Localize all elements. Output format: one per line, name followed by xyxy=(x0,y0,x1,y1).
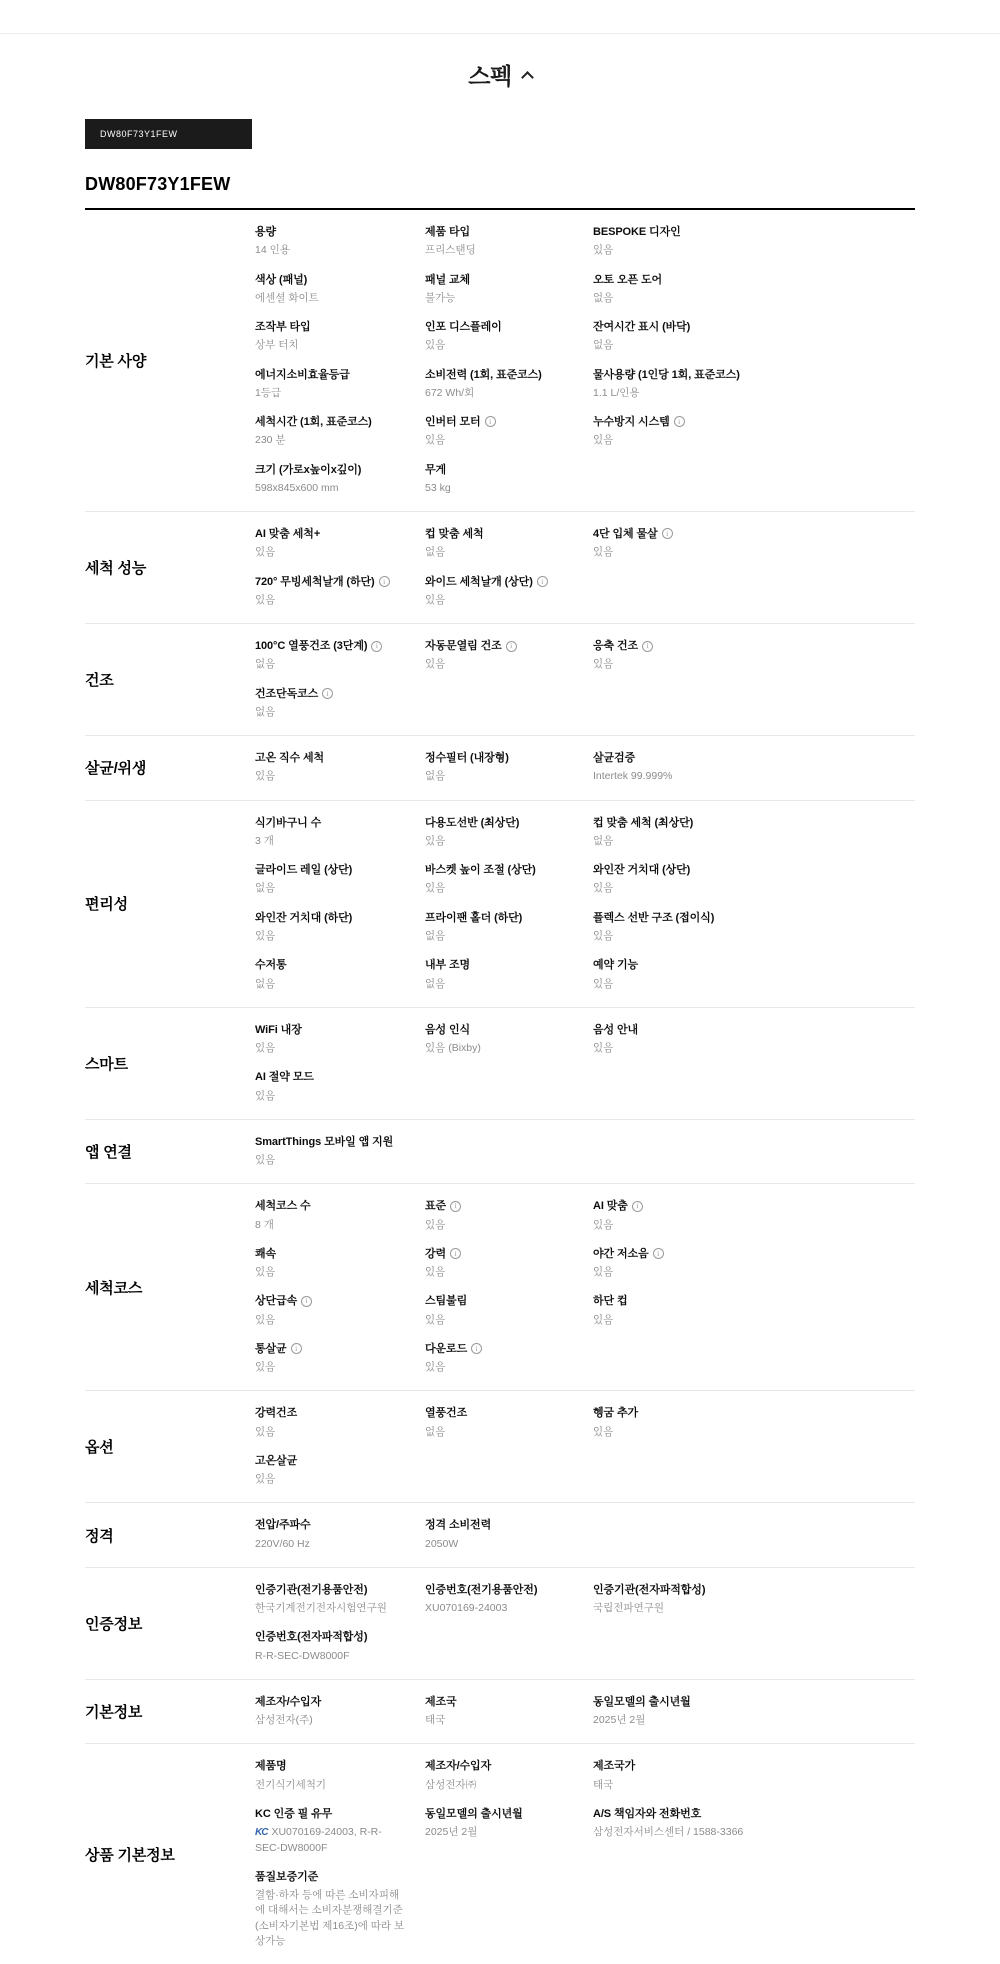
section-title: 기본 사양 xyxy=(85,218,255,503)
spec-label: 제조자/수입자 xyxy=(255,1695,405,1709)
section-body: 세척코스 수8 개표준i있음AI 맞춤i있음쾌속있음강력i있음야간 저소음i있음… xyxy=(255,1192,915,1382)
spec-item: 표준i있음 xyxy=(425,1192,593,1240)
spec-label: 인버터 모터i xyxy=(425,415,573,429)
spec-item: 컵 맞춤 세척없음 xyxy=(425,520,593,568)
spec-label: BESPOKE 디자인 xyxy=(593,225,895,239)
spec-row: 색상 (패널)에센셜 화이트패널 교체불가능오토 오픈 도어없음 xyxy=(255,266,915,314)
spec-value: 있음 xyxy=(593,1218,895,1233)
spec-value: 있음 xyxy=(593,1041,895,1056)
spec-section: 살균/위생고온 직수 세척있음정수필터 (내장형)없음살균검증Intertek … xyxy=(85,736,915,801)
spec-collapse-toggle[interactable]: 스펙 xyxy=(468,58,531,91)
spec-item: 품질보증기준결함·하자 등에 따른 소비자피해에 대해서는 소비자분쟁해결기준(… xyxy=(255,1863,425,1956)
spec-label: 내부 조명 xyxy=(425,958,573,972)
spec-item: 다운로드i있음 xyxy=(425,1335,593,1383)
spec-label: 품질보증기준 xyxy=(255,1870,405,1884)
info-icon[interactable]: i xyxy=(662,528,673,539)
spec-label: 음성 안내 xyxy=(593,1023,895,1037)
spec-item: KC 인증 필 유무KCXU070169-24003, R-R-SEC-DW80… xyxy=(255,1800,425,1863)
spec-label: AI 맞춤i xyxy=(593,1199,895,1213)
spec-label: 글라이드 레일 (상단) xyxy=(255,863,405,877)
spec-value: 있음 xyxy=(425,433,573,448)
spec-label: 제품명 xyxy=(255,1759,405,1773)
spec-item: 야간 저소음i있음 xyxy=(593,1240,915,1288)
spec-value: 있음 xyxy=(255,1425,405,1440)
spec-value: 14 인용 xyxy=(255,243,405,258)
spec-item: 강력건조있음 xyxy=(255,1399,425,1447)
spec-row: 전압/주파수220V/60 Hz정격 소비전력2050W xyxy=(255,1511,915,1559)
spec-label: 수저통 xyxy=(255,958,405,972)
spec-label: 플렉스 선반 구조 (접이식) xyxy=(593,911,895,925)
spec-item: 4단 입체 물살i있음 xyxy=(593,520,915,568)
spec-item: 프라이팬 홀더 (하단)없음 xyxy=(425,904,593,952)
spec-value: 있음 xyxy=(255,769,405,784)
spec-item: 음성 인식있음 (Bixby) xyxy=(425,1016,593,1064)
spec-section: 스마트WiFi 내장있음음성 인식있음 (Bixby)음성 안내있음AI 절약 … xyxy=(85,1008,915,1120)
spec-value: 없음 xyxy=(593,834,895,849)
section-body: 식기바구니 수3 개다용도선반 (최상단)있음컵 맞춤 세척 (최상단)없음글라… xyxy=(255,809,915,999)
spec-value: 2050W xyxy=(425,1537,573,1552)
spec-value: 없음 xyxy=(255,977,405,992)
spec-item: 건조단독코스i없음 xyxy=(255,680,425,728)
spec-section: 정격전압/주파수220V/60 Hz정격 소비전력2050W xyxy=(85,1503,915,1568)
spec-value: 있음 xyxy=(255,929,405,944)
spec-row: 와인잔 거치대 (하단)있음프라이팬 홀더 (하단)없음플렉스 선반 구조 (접… xyxy=(255,904,915,952)
info-icon[interactable]: i xyxy=(450,1248,461,1259)
spec-label: 동일모델의 출시년월 xyxy=(593,1695,895,1709)
spec-value: 있음 xyxy=(425,338,573,353)
spec-item: 하단 컵있음 xyxy=(593,1287,915,1335)
spec-value: 있음 xyxy=(425,657,573,672)
spec-row: AI 절약 모드있음 xyxy=(255,1063,915,1111)
spec-value: 있음 xyxy=(425,834,573,849)
section-body: 고온 직수 세척있음정수필터 (내장형)없음살균검증Intertek 99.99… xyxy=(255,744,915,792)
spec-label: 스팀불림 xyxy=(425,1294,573,1308)
spec-item: 무게53 kg xyxy=(425,456,593,504)
spec-label: 쾌속 xyxy=(255,1247,405,1261)
spec-value: 220V/60 Hz xyxy=(255,1537,405,1552)
spec-value: 있음 xyxy=(593,977,895,992)
spec-row: 세척코스 수8 개표준i있음AI 맞춤i있음 xyxy=(255,1192,915,1240)
spec-value: 있음 xyxy=(593,657,895,672)
spec-value: 있음 xyxy=(255,1265,405,1280)
spec-item: 인포 디스플레이있음 xyxy=(425,313,593,361)
section-title: 기본정보 xyxy=(85,1688,255,1736)
spec-item: 제품 타입프리스탠딩 xyxy=(425,218,593,266)
spec-label: WiFi 내장 xyxy=(255,1023,405,1037)
spec-value: 없음 xyxy=(425,929,573,944)
spec-section: 상품 기본정보제품명전기식기세척기제조자/수입자삼성전자㈜제조국가태국KC 인증… xyxy=(85,1744,915,1964)
spec-section: 세척코스세척코스 수8 개표준i있음AI 맞춤i있음쾌속있음강력i있음야간 저소… xyxy=(85,1184,915,1391)
spec-item: AI 맞춤i있음 xyxy=(593,1192,915,1240)
spec-item: 색상 (패널)에센셜 화이트 xyxy=(255,266,425,314)
spec-value: 있음 xyxy=(593,433,895,448)
section-title: 스마트 xyxy=(85,1016,255,1111)
spec-item: 예약 기능있음 xyxy=(593,951,915,999)
spec-label: 용량 xyxy=(255,225,405,239)
spec-value: 국립전파연구원 xyxy=(593,1601,895,1616)
spec-item: 720° 무빙세척날개 (하단)i있음 xyxy=(255,568,425,616)
spec-row: 쾌속있음강력i있음야간 저소음i있음 xyxy=(255,1240,915,1288)
section-title: 세척코스 xyxy=(85,1192,255,1382)
info-icon[interactable]: i xyxy=(371,641,382,652)
spec-row: 720° 무빙세척날개 (하단)i있음와이드 세척날개 (상단)i있음 xyxy=(255,568,915,616)
spec-value: 있음 xyxy=(255,1041,405,1056)
spec-value: 있음 xyxy=(593,243,895,258)
spec-row: 품질보증기준결함·하자 등에 따른 소비자피해에 대해서는 소비자분쟁해결기준(… xyxy=(255,1863,915,1956)
spec-value: 없음 xyxy=(593,338,895,353)
spec-label: 식기바구니 수 xyxy=(255,816,405,830)
info-icon[interactable]: i xyxy=(322,688,333,699)
spec-label: KC 인증 필 유무 xyxy=(255,1807,405,1821)
spec-value: 있음 xyxy=(425,1360,573,1375)
spec-item: 제품명전기식기세척기 xyxy=(255,1752,425,1800)
spec-value: 있음 xyxy=(425,881,573,896)
spec-label: 응축 건조i xyxy=(593,639,895,653)
section-title: 옵션 xyxy=(85,1399,255,1494)
spec-label: 와이드 세척날개 (상단)i xyxy=(425,575,573,589)
spec-label: 소비전력 (1회, 표준코스) xyxy=(425,368,573,382)
spec-item: 컵 맞춤 세척 (최상단)없음 xyxy=(593,809,915,857)
spec-row: 조작부 타입상부 터치인포 디스플레이있음잔여시간 표시 (바닥)없음 xyxy=(255,313,915,361)
spec-item: 와인잔 거치대 (하단)있음 xyxy=(255,904,425,952)
info-icon[interactable]: i xyxy=(450,1201,461,1212)
spec-value: 없음 xyxy=(425,1425,573,1440)
section-body: 용량14 인용제품 타입프리스탠딩BESPOKE 디자인있음색상 (패널)에센셜… xyxy=(255,218,915,503)
spec-label: 정수필터 (내장형) xyxy=(425,751,573,765)
spec-item: 패널 교체불가능 xyxy=(425,266,593,314)
spec-label: 바스켓 높이 조절 (상단) xyxy=(425,863,573,877)
spec-item: 살균검증Intertek 99.999% xyxy=(593,744,915,792)
spec-value: 상부 터치 xyxy=(255,338,405,353)
spec-item: 100°C 열풍건조 (3단계)i없음 xyxy=(255,632,425,680)
spec-value: 있음 xyxy=(593,1265,895,1280)
spec-label: 강력i xyxy=(425,1247,573,1261)
section-body: WiFi 내장있음음성 인식있음 (Bixby)음성 안내있음AI 절약 모드있… xyxy=(255,1016,915,1111)
spec-section: 편리성식기바구니 수3 개다용도선반 (최상단)있음컵 맞춤 세척 (최상단)없… xyxy=(85,801,915,1008)
spec-label: 인증기관(전자파적합성) xyxy=(593,1583,895,1597)
kc-certification-icon: KC xyxy=(255,1827,267,1838)
spec-value: R-R-SEC-DW8000F xyxy=(255,1649,405,1664)
spec-value: 결함·하자 등에 따른 소비자피해에 대해서는 소비자분쟁해결기준(소비자기본법… xyxy=(255,1888,405,1949)
spec-item: 세척시간 (1회, 표준코스)230 분 xyxy=(255,408,425,456)
spec-item: 강력i있음 xyxy=(425,1240,593,1288)
spec-item: 정수필터 (내장형)없음 xyxy=(425,744,593,792)
info-icon[interactable]: i xyxy=(674,416,685,427)
spec-row: 건조단독코스i없음 xyxy=(255,680,915,728)
spec-item: 응축 건조i있음 xyxy=(593,632,915,680)
info-icon[interactable]: i xyxy=(537,576,548,587)
spec-label: 다용도선반 (최상단) xyxy=(425,816,573,830)
spec-label: 프라이팬 홀더 (하단) xyxy=(425,911,573,925)
info-icon[interactable]: i xyxy=(653,1248,664,1259)
spec-value: 있음 xyxy=(255,1472,405,1487)
spec-item: 동일모델의 출시년월2025년 2월 xyxy=(425,1800,593,1863)
spec-label: 세척시간 (1회, 표준코스) xyxy=(255,415,405,429)
model-tab[interactable]: DW80F73Y1FEW xyxy=(85,119,252,149)
spec-item: 동일모델의 출시년월2025년 2월 xyxy=(593,1688,915,1736)
spec-label: 잔여시간 표시 (바닥) xyxy=(593,320,895,334)
spec-item: 제조국가태국 xyxy=(593,1752,915,1800)
spec-item: 자동문열림 건조i있음 xyxy=(425,632,593,680)
info-icon[interactable]: i xyxy=(291,1343,302,1354)
spec-label: 표준i xyxy=(425,1199,573,1213)
spec-value: 598x845x600 mm xyxy=(255,481,405,496)
spec-item: 스팀불림있음 xyxy=(425,1287,593,1335)
spec-row: SmartThings 모바일 앱 지원있음 xyxy=(255,1128,915,1176)
spec-value: 삼성전자서비스센터 / 1588-3366 xyxy=(593,1825,895,1840)
spec-value: KCXU070169-24003, R-R-SEC-DW8000F xyxy=(255,1825,405,1856)
spec-label: A/S 책임자와 전화번호 xyxy=(593,1807,895,1821)
spec-value: 1.1 L/인용 xyxy=(593,386,895,401)
spec-label: 누수방지 시스템i xyxy=(593,415,895,429)
section-title: 상품 기본정보 xyxy=(85,1752,255,1956)
spec-value: 없음 xyxy=(425,545,573,560)
spec-item: 인증기관(전자파적합성)국립전파연구원 xyxy=(593,1576,915,1624)
info-icon[interactable]: i xyxy=(642,641,653,652)
spec-label: 색상 (패널) xyxy=(255,273,405,287)
spec-item: 쾌속있음 xyxy=(255,1240,425,1288)
spec-section: 기본 사양용량14 인용제품 타입프리스탠딩BESPOKE 디자인있음색상 (패… xyxy=(85,210,915,512)
info-icon[interactable]: i xyxy=(485,416,496,427)
spec-value: 있음 xyxy=(255,1313,405,1328)
spec-label: 컵 맞춤 세척 (최상단) xyxy=(593,816,895,830)
spec-item: BESPOKE 디자인있음 xyxy=(593,218,915,266)
spec-item: 에너지소비효율등급1등급 xyxy=(255,361,425,409)
spec-label: 인포 디스플레이 xyxy=(425,320,573,334)
spec-label: 인증기관(전기용품안전) xyxy=(255,1583,405,1597)
section-title: 살균/위생 xyxy=(85,744,255,792)
spec-row: 고온살균있음 xyxy=(255,1447,915,1495)
page-title: 스펙 xyxy=(468,58,511,91)
spec-value: 없음 xyxy=(255,705,405,720)
spec-value: 있음 xyxy=(593,545,895,560)
spec-row: 인증기관(전기용품안전)한국기계전기전자시험연구원인증번호(전기용품안전)XU0… xyxy=(255,1576,915,1624)
spec-label: 오토 오픈 도어 xyxy=(593,273,895,287)
spec-value: 불가능 xyxy=(425,291,573,306)
spec-value: 있음 xyxy=(255,1153,405,1168)
section-title: 앱 연결 xyxy=(85,1128,255,1176)
section-title: 세척 성능 xyxy=(85,520,255,615)
spec-row: 세척시간 (1회, 표준코스)230 분인버터 모터i있음누수방지 시스템i있음 xyxy=(255,408,915,456)
spec-item: 음성 안내있음 xyxy=(593,1016,915,1064)
spec-value: 있음 xyxy=(255,545,405,560)
spec-header: 스펙 xyxy=(0,34,1000,119)
spec-item: 인증번호(전기용품안전)XU070169-24003 xyxy=(425,1576,593,1624)
spec-label: 건조단독코스i xyxy=(255,687,405,701)
spec-container: DW80F73Y1FEW DW80F73Y1FEW 기본 사양용량14 인용제품… xyxy=(85,119,915,1964)
spec-label: 동일모델의 출시년월 xyxy=(425,1807,573,1821)
spec-label: 제품 타입 xyxy=(425,225,573,239)
spec-label: AI 맞춤 세척+ xyxy=(255,527,405,541)
spec-value: Intertek 99.999% xyxy=(593,769,895,784)
spec-item: 글라이드 레일 (상단)없음 xyxy=(255,856,425,904)
spec-label: 제조국가 xyxy=(593,1759,895,1773)
spec-value: 없음 xyxy=(425,977,573,992)
section-title: 편리성 xyxy=(85,809,255,999)
spec-item: 정격 소비전력2050W xyxy=(425,1511,593,1559)
spec-item: 상단급속i있음 xyxy=(255,1287,425,1335)
spec-section: 인증정보인증기관(전기용품안전)한국기계전기전자시험연구원인증번호(전기용품안전… xyxy=(85,1568,915,1680)
spec-value: 있음 (Bixby) xyxy=(425,1041,573,1056)
spec-row: 상단급속i있음스팀불림있음하단 컵있음 xyxy=(255,1287,915,1335)
spec-item: 플렉스 선반 구조 (접이식)있음 xyxy=(593,904,915,952)
spec-item: 소비전력 (1회, 표준코스)672 Wh/회 xyxy=(425,361,593,409)
info-icon[interactable]: i xyxy=(506,641,517,652)
spec-row: 크기 (가로x높이x깊이)598x845x600 mm무게53 kg xyxy=(255,456,915,504)
spec-label: 고온 직수 세척 xyxy=(255,751,405,765)
spec-table: 기본 사양용량14 인용제품 타입프리스탠딩BESPOKE 디자인있음색상 (패… xyxy=(85,208,915,1964)
spec-row: 에너지소비효율등급1등급소비전력 (1회, 표준코스)672 Wh/회물사용량 … xyxy=(255,361,915,409)
spec-row: 인증번호(전자파적합성)R-R-SEC-DW8000F xyxy=(255,1623,915,1671)
spec-value: 삼성전자(주) xyxy=(255,1713,405,1728)
spec-label: 강력건조 xyxy=(255,1406,405,1420)
spec-item: 내부 조명없음 xyxy=(425,951,593,999)
spec-row: KC 인증 필 유무KCXU070169-24003, R-R-SEC-DW80… xyxy=(255,1800,915,1863)
spec-label: 헹굼 추가 xyxy=(593,1406,895,1420)
spec-label: 예약 기능 xyxy=(593,958,895,972)
spec-label: 살균검증 xyxy=(593,751,895,765)
spec-item: WiFi 내장있음 xyxy=(255,1016,425,1064)
spec-value: 있음 xyxy=(255,1360,405,1375)
spec-item: 용량14 인용 xyxy=(255,218,425,266)
spec-label: 제조국 xyxy=(425,1695,573,1709)
spec-section: 건조100°C 열풍건조 (3단계)i없음자동문열림 건조i있음응축 건조i있음… xyxy=(85,624,915,736)
spec-item: 세척코스 수8 개 xyxy=(255,1192,425,1240)
section-title: 인증정보 xyxy=(85,1576,255,1671)
spec-value: 없음 xyxy=(255,657,405,672)
spec-value: 에센셜 화이트 xyxy=(255,291,405,306)
spec-item: 누수방지 시스템i있음 xyxy=(593,408,915,456)
spec-section: 세척 성능AI 맞춤 세척+있음컵 맞춤 세척없음4단 입체 물살i있음720°… xyxy=(85,512,915,624)
spec-value: 삼성전자㈜ xyxy=(425,1778,573,1793)
spec-item: 오토 오픈 도어없음 xyxy=(593,266,915,314)
spec-item: AI 맞춤 세척+있음 xyxy=(255,520,425,568)
spec-value: 있음 xyxy=(255,1089,405,1104)
spec-label: 인증번호(전자파적합성) xyxy=(255,1630,405,1644)
spec-item: 제조자/수입자삼성전자(주) xyxy=(255,1688,425,1736)
spec-label: 와인잔 거치대 (상단) xyxy=(593,863,895,877)
info-icon[interactable]: i xyxy=(632,1201,643,1212)
spec-value: 전기식기세척기 xyxy=(255,1778,405,1793)
spec-label: 컵 맞춤 세척 xyxy=(425,527,573,541)
spec-item: 수저통없음 xyxy=(255,951,425,999)
spec-row: 식기바구니 수3 개다용도선반 (최상단)있음컵 맞춤 세척 (최상단)없음 xyxy=(255,809,915,857)
spec-value: 태국 xyxy=(593,1778,895,1793)
spec-value: 없음 xyxy=(425,769,573,784)
section-title: 건조 xyxy=(85,632,255,727)
spec-item: A/S 책임자와 전화번호삼성전자서비스센터 / 1588-3366 xyxy=(593,1800,915,1863)
spec-value: 있음 xyxy=(255,593,405,608)
spec-label: AI 절약 모드 xyxy=(255,1070,405,1084)
spec-row: 글라이드 레일 (상단)없음바스켓 높이 조절 (상단)있음와인잔 거치대 (상… xyxy=(255,856,915,904)
section-body: 제품명전기식기세척기제조자/수입자삼성전자㈜제조국가태국KC 인증 필 유무KC… xyxy=(255,1752,915,1956)
spec-item: 전압/주파수220V/60 Hz xyxy=(255,1511,425,1559)
spec-item: SmartThings 모바일 앱 지원있음 xyxy=(255,1128,425,1176)
spec-item: 열풍건조없음 xyxy=(425,1399,593,1447)
info-icon[interactable]: i xyxy=(379,576,390,587)
spec-label: 전압/주파수 xyxy=(255,1518,405,1532)
spec-label: 고온살균 xyxy=(255,1454,405,1468)
spec-value: 있음 xyxy=(593,929,895,944)
spec-item: 제조자/수입자삼성전자㈜ xyxy=(425,1752,593,1800)
spec-item: 제조국태국 xyxy=(425,1688,593,1736)
spec-row: 제품명전기식기세척기제조자/수입자삼성전자㈜제조국가태국 xyxy=(255,1752,915,1800)
info-icon[interactable]: i xyxy=(471,1343,482,1354)
spec-label: 자동문열림 건조i xyxy=(425,639,573,653)
spec-value: 프리스탠딩 xyxy=(425,243,573,258)
spec-value: 8 개 xyxy=(255,1218,405,1233)
spec-label: 음성 인식 xyxy=(425,1023,573,1037)
section-body: SmartThings 모바일 앱 지원있음 xyxy=(255,1128,915,1176)
spec-value: 있음 xyxy=(425,593,573,608)
section-body: AI 맞춤 세척+있음컵 맞춤 세척없음4단 입체 물살i있음720° 무빙세척… xyxy=(255,520,915,615)
spec-label: 물사용량 (1인당 1회, 표준코스) xyxy=(593,368,895,382)
spec-label: 에너지소비효율등급 xyxy=(255,368,405,382)
spec-value: 없음 xyxy=(255,881,405,896)
spec-row: 고온 직수 세척있음정수필터 (내장형)없음살균검증Intertek 99.99… xyxy=(255,744,915,792)
spec-row: 강력건조있음열풍건조없음헹굼 추가있음 xyxy=(255,1399,915,1447)
spec-item: 인증기관(전기용품안전)한국기계전기전자시험연구원 xyxy=(255,1576,425,1624)
spec-label: 야간 저소음i xyxy=(593,1247,895,1261)
spec-row: 수저통없음내부 조명없음예약 기능있음 xyxy=(255,951,915,999)
spec-label: 100°C 열풍건조 (3단계)i xyxy=(255,639,405,653)
spec-value: 1등급 xyxy=(255,386,405,401)
spec-item: 와인잔 거치대 (상단)있음 xyxy=(593,856,915,904)
spec-item: 식기바구니 수3 개 xyxy=(255,809,425,857)
spec-label: 상단급속i xyxy=(255,1294,405,1308)
spec-value: 3 개 xyxy=(255,834,405,849)
section-body: 100°C 열풍건조 (3단계)i없음자동문열림 건조i있음응축 건조i있음건조… xyxy=(255,632,915,727)
spec-label: 열풍건조 xyxy=(425,1406,573,1420)
spec-value: 있음 xyxy=(425,1218,573,1233)
spec-item: 크기 (가로x높이x깊이)598x845x600 mm xyxy=(255,456,425,504)
info-icon[interactable]: i xyxy=(301,1296,312,1307)
section-body: 전압/주파수220V/60 Hz정격 소비전력2050W xyxy=(255,1511,915,1559)
section-title: 정격 xyxy=(85,1511,255,1559)
spec-item: 인증번호(전자파적합성)R-R-SEC-DW8000F xyxy=(255,1623,425,1671)
spec-item: 바스켓 높이 조절 (상단)있음 xyxy=(425,856,593,904)
spec-item: 잔여시간 표시 (바닥)없음 xyxy=(593,313,915,361)
spec-label: 크기 (가로x높이x깊이) xyxy=(255,463,405,477)
spec-value: 태국 xyxy=(425,1713,573,1728)
spec-value: 있음 xyxy=(593,881,895,896)
spec-value: 230 분 xyxy=(255,433,405,448)
spec-item: 조작부 타입상부 터치 xyxy=(255,313,425,361)
spec-value: 있음 xyxy=(593,1425,895,1440)
spec-value: 있음 xyxy=(425,1313,573,1328)
spec-item: 다용도선반 (최상단)있음 xyxy=(425,809,593,857)
spec-item: 인버터 모터i있음 xyxy=(425,408,593,456)
spec-label: 조작부 타입 xyxy=(255,320,405,334)
spec-label: 4단 입체 물살i xyxy=(593,527,895,541)
model-heading: DW80F73Y1FEW xyxy=(85,174,915,195)
spec-item: 물사용량 (1인당 1회, 표준코스)1.1 L/인용 xyxy=(593,361,915,409)
spec-label: 통살균i xyxy=(255,1342,405,1356)
spec-value: 있음 xyxy=(425,1265,573,1280)
spec-row: 제조자/수입자삼성전자(주)제조국태국동일모델의 출시년월2025년 2월 xyxy=(255,1688,915,1736)
spec-row: AI 맞춤 세척+있음컵 맞춤 세척없음4단 입체 물살i있음 xyxy=(255,520,915,568)
spec-item: 통살균i있음 xyxy=(255,1335,425,1383)
spec-label: 세척코스 수 xyxy=(255,1199,405,1213)
section-body: 인증기관(전기용품안전)한국기계전기전자시험연구원인증번호(전기용품안전)XU0… xyxy=(255,1576,915,1671)
spec-value: 2025년 2월 xyxy=(593,1713,895,1728)
spec-label: SmartThings 모바일 앱 지원 xyxy=(255,1135,405,1149)
spec-row: 용량14 인용제품 타입프리스탠딩BESPOKE 디자인있음 xyxy=(255,218,915,266)
spec-section: 기본정보제조자/수입자삼성전자(주)제조국태국동일모델의 출시년월2025년 2… xyxy=(85,1680,915,1745)
spec-row: 통살균i있음다운로드i있음 xyxy=(255,1335,915,1383)
spec-item: 고온 직수 세척있음 xyxy=(255,744,425,792)
spec-value: 53 kg xyxy=(425,481,573,496)
